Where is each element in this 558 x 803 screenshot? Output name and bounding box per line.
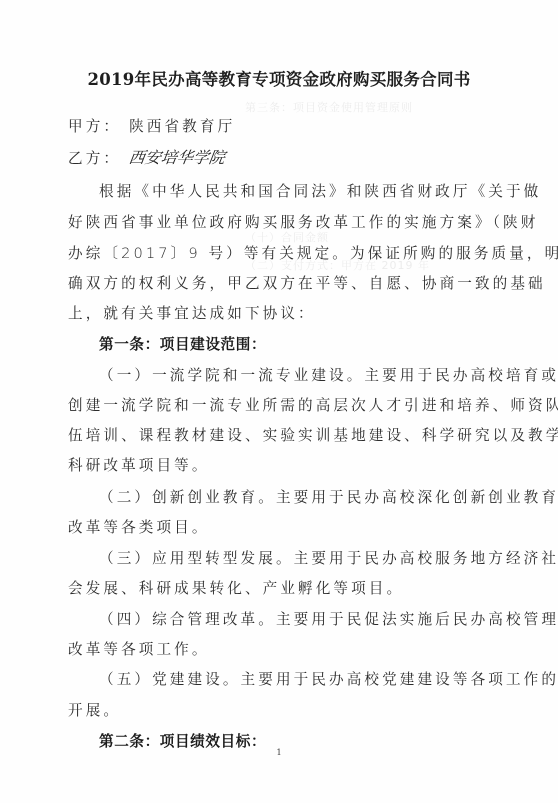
party-a: 甲方：陕西省教育厅 (68, 115, 235, 136)
clause-2-line: 改革等各类项目。 (68, 516, 210, 537)
party-b-label: 乙方： (68, 150, 121, 167)
clause-5-line: 开展。 (68, 699, 121, 720)
document-page: 第三条：项目资金使用管理原则 （十）合同金额 （二）支付方式：甲方在 2019 … (0, 0, 558, 803)
intro-line: 好陕西省事业单位政府购买服务改革工作的实施方案》（陕财 (68, 211, 538, 232)
article-1-heading: 第一条：项目建设范围： (99, 333, 266, 354)
clause-1-line: （一）一流学院和一流专业建设。主要用于民办高校培育或 (99, 364, 558, 385)
clause-3-line: 会发展、科研成果转化、产业孵化等项目。 (68, 577, 404, 598)
intro-line: 办综〔2017〕9 号）等有关规定。为保证所购的服务质量，明 (68, 242, 558, 263)
document-title: 2019年民办高等教育专项资金政府购买服务合同书 (0, 66, 558, 90)
intro-line: 上，就有关事宜达成如下协议： (68, 302, 316, 323)
clause-4-line: 改革等各项工作。 (68, 638, 210, 659)
party-b-signature: 西安培华学院 (127, 145, 226, 168)
clause-2-line: （二）创新创业教育。主要用于民办高校深化创新创业教育 (99, 486, 558, 507)
clause-1-line: 伍培训、课程教材建设、实验实训基地建设、科学研究以及教学 (68, 424, 558, 445)
party-b: 乙方：西安培华学院 (68, 145, 225, 168)
clause-1-line: 科研改革项目等。 (68, 454, 210, 475)
clause-5-line: （五）党建建设。主要用于民办高校党建建设等各项工作的 (99, 668, 558, 689)
page-number: 1 (0, 748, 558, 757)
clause-4-line: （四）综合管理改革。主要用于民促法实施后民办高校管理 (99, 608, 558, 629)
intro-line: 根据《中华人民共和国合同法》和陕西省财政厅《关于做 (99, 180, 541, 201)
party-a-label: 甲方： (68, 118, 121, 135)
bleed-line: 第三条：项目资金使用管理原则 (245, 98, 535, 118)
clause-3-line: （三）应用型转型发展。主要用于民办高校服务地方经济社 (99, 547, 558, 568)
intro-line: 确双方的权利义务，甲乙双方在平等、自愿、协商一致的基础 (68, 272, 546, 293)
clause-1-line: 创建一流学院和一流专业所需的高层次人才引进和培养、师资队 (68, 394, 558, 415)
party-a-value: 陕西省教育厅 (129, 118, 235, 135)
